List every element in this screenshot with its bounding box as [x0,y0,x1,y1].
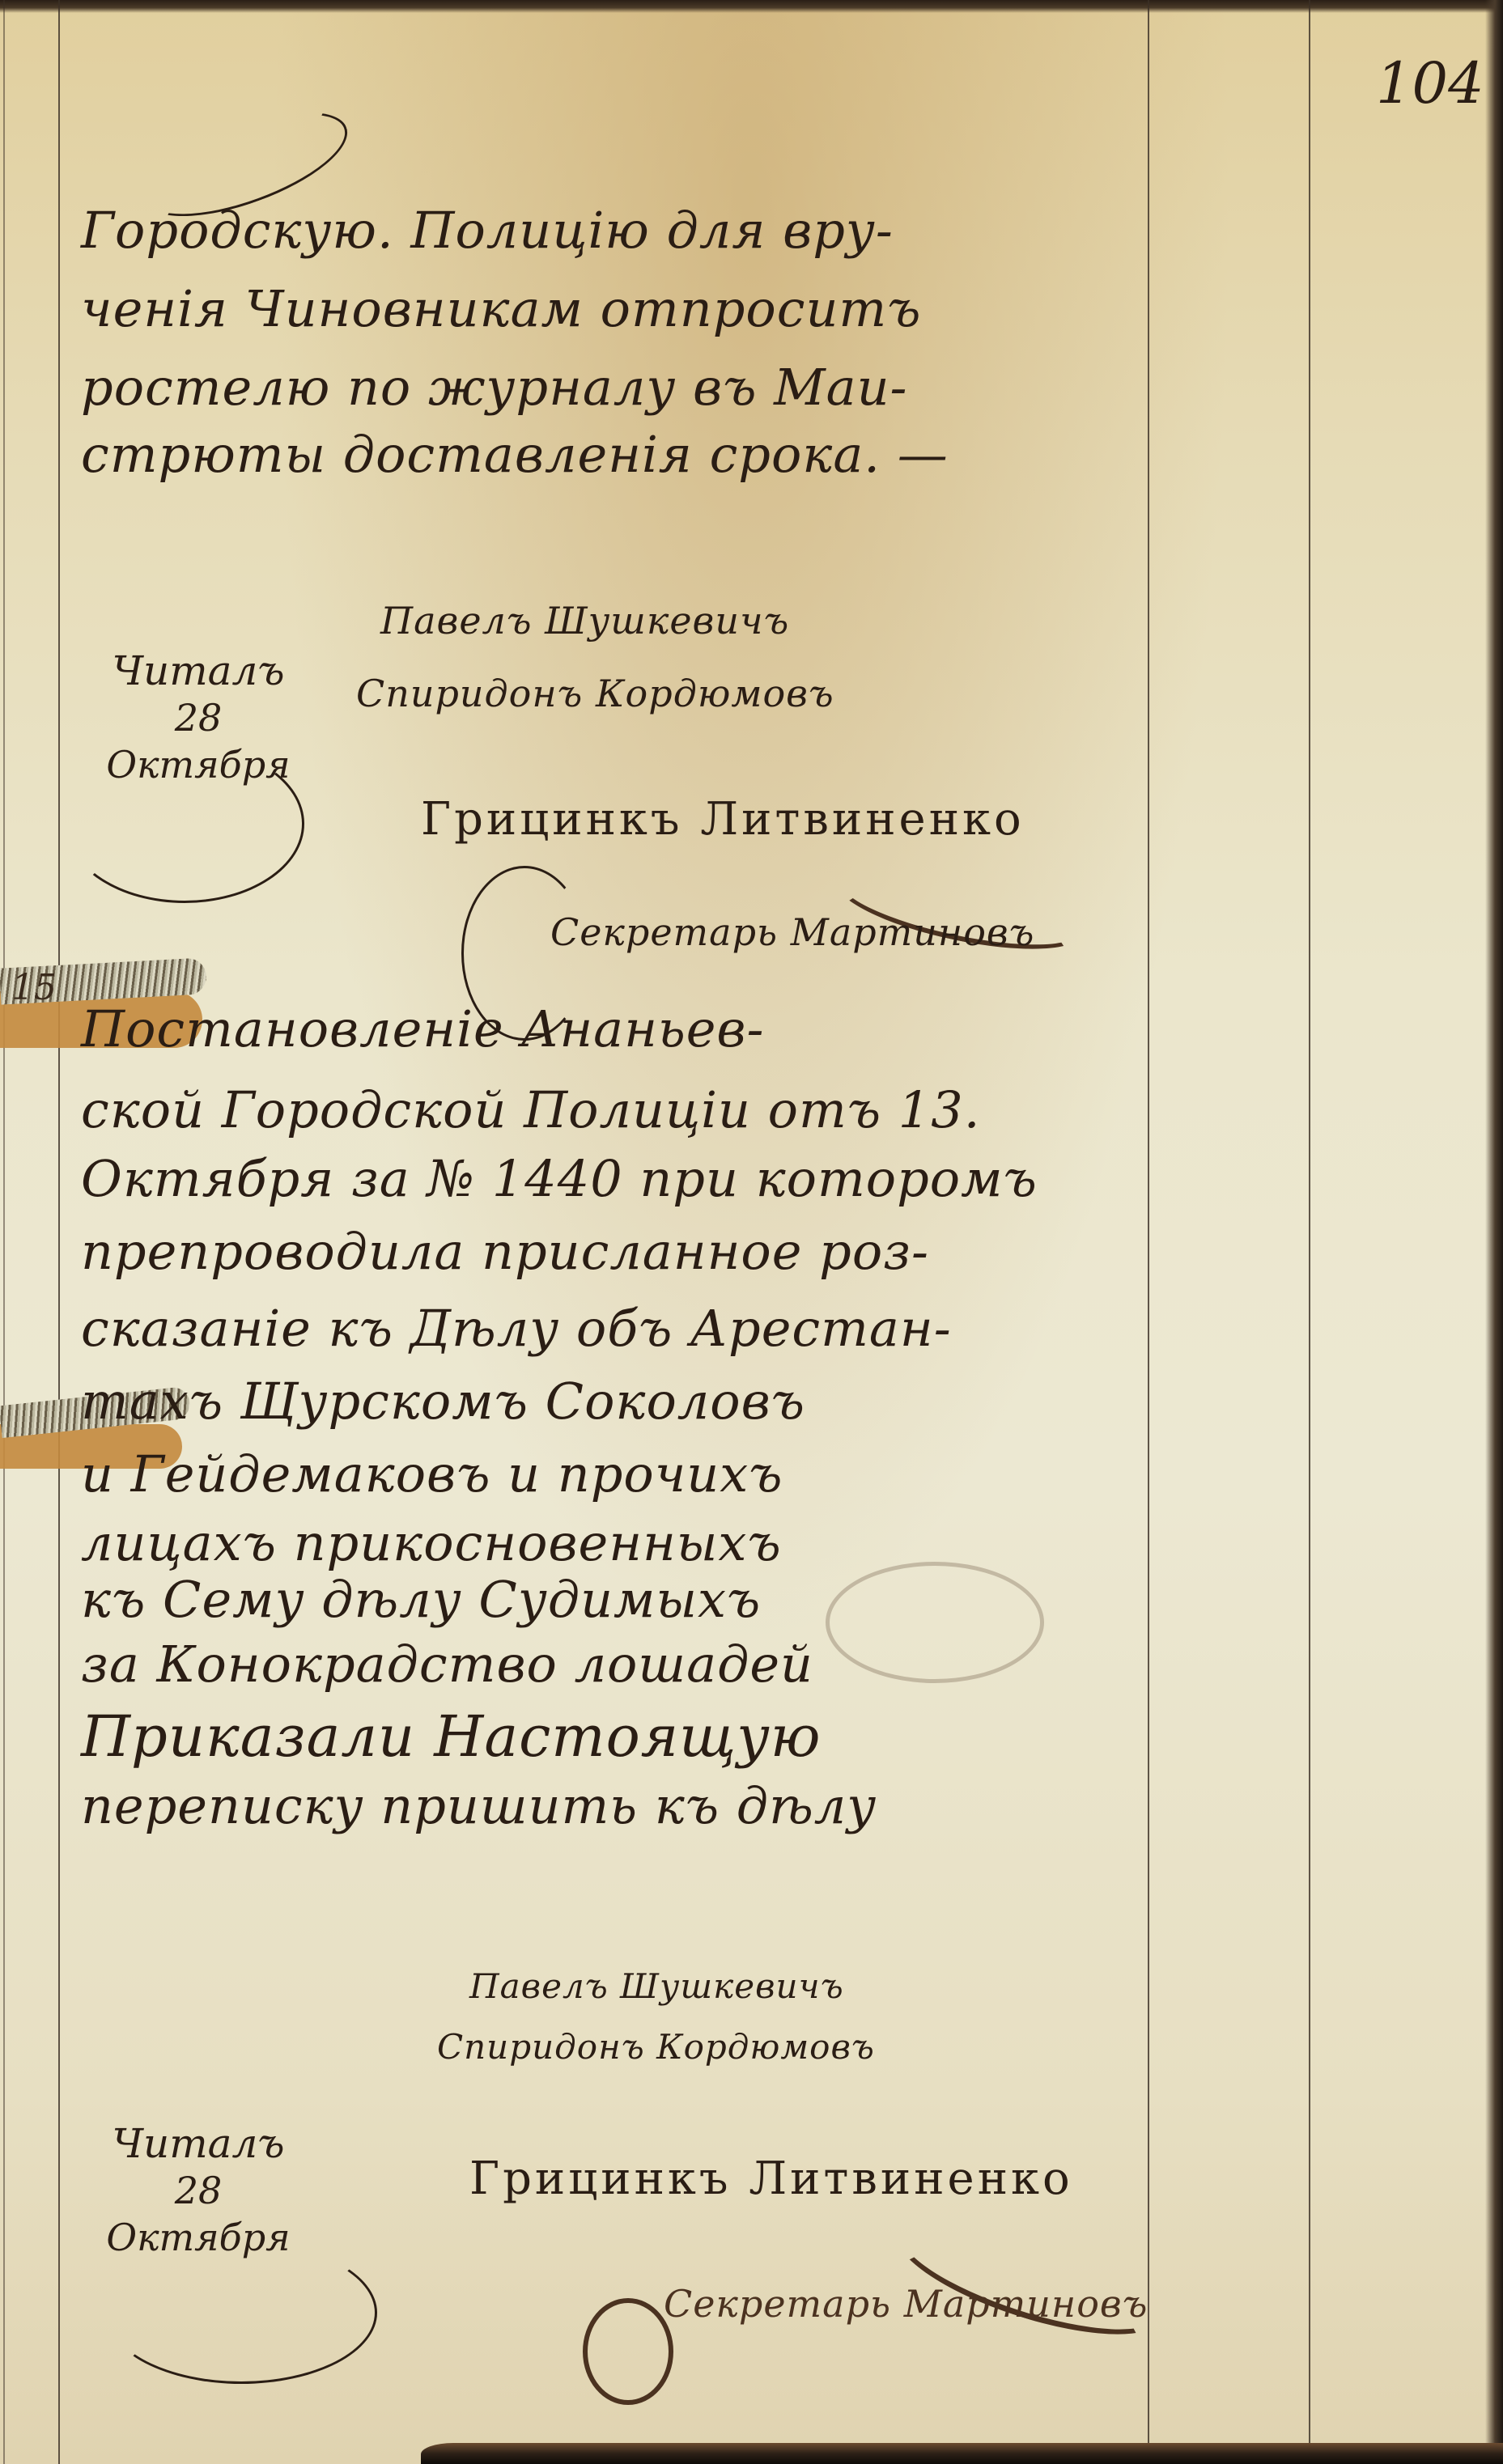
signature-1: Павелъ Шушкевичъ [469,1966,844,2006]
margin-read-label: Читалъ [81,2120,316,2167]
secretary-loop [583,2298,673,2405]
text-line: сказаніе къ Дѣлу объ Арестан- [81,1299,952,1358]
folio-column-rule [1309,0,1310,2464]
text-column-right-rule [1148,0,1149,2464]
signature-2: Спиридонъ Кордюмовъ [356,672,834,715]
text-line: тахъ Щурскомъ Соколовъ [81,1372,805,1431]
margin-read-day: 28 [81,2169,316,2212]
folio-number: 104 [1376,50,1484,117]
text-line: стрюты доставленія срока. — [81,425,949,484]
margin-read-label: Читалъ [81,647,316,694]
text-line: препроводила присланное роз- [81,1222,929,1281]
text-line: переписку пришить къ дѣлу [81,1776,877,1835]
text-line: ростелю по журналу въ Маи- [81,358,907,417]
margin-flourish [65,744,304,903]
text-line: и Гейдемаковъ и прочихъ [81,1444,783,1503]
signature-1: Павелъ Шушкевичъ [380,599,789,643]
decision-line: Приказали Настоящую [81,1703,821,1770]
signature-3: Грицинкъ Литвиненко [469,2152,1073,2205]
text-line: Городскую. Полицію для вру- [81,201,894,260]
signature-3: Грицинкъ Литвиненко [421,793,1025,846]
text-line: за Конокрадство лошадей [81,1635,813,1694]
secretary-swash [884,2192,1174,2358]
page-bottom-edge [421,2443,1503,2464]
text-line: ченія Чиновникам отпроситъ [81,279,922,338]
secretary-signature: Секретарь Мартиновъ [664,2282,1148,2326]
outer-margin-rule [3,0,5,2464]
faint-offset-loop [826,1562,1044,1683]
text-line: ской Городской Полиціи отъ 13. [81,1080,980,1139]
signature-2: Спиридонъ Кордюмовъ [437,2027,875,2067]
secretary-signature: Секретарь Мартиновъ [550,910,1034,954]
page-top-edge [0,0,1503,13]
manuscript-page: 104 Городскую. Полицію для вру- ченія Чи… [0,0,1503,2464]
margin-read-note: Читалъ 28 Октября [81,2120,316,2259]
text-line: Постановленіе Ананьев- [81,999,764,1058]
margin-read-day: 28 [81,696,316,740]
text-line: къ Сему дѣлу Судимыхъ [81,1570,761,1629]
left-margin-rule [58,0,60,2464]
margin-flourish [105,2241,377,2384]
text-line: лицахъ прикосновенныхъ [81,1513,782,1572]
entry-number: 15 [11,967,57,1008]
page-right-edge [1485,0,1503,2464]
text-line: Октября за № 1440 при которомъ [81,1149,1038,1208]
